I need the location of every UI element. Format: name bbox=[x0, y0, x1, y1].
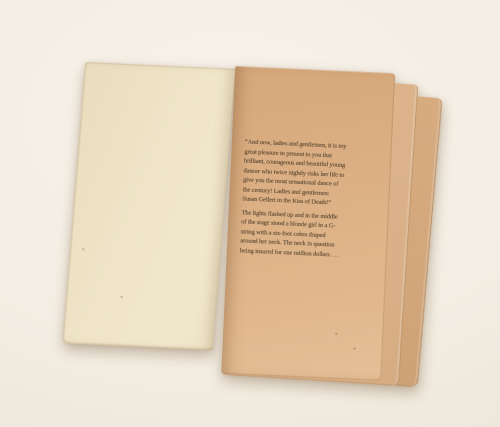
paper-speck bbox=[82, 248, 84, 250]
paragraph-quote: “And now, ladies and gentlemen, it is my… bbox=[242, 137, 375, 209]
right-page: “And now, ladies and gentlemen, it is my… bbox=[221, 66, 395, 381]
left-blank-page bbox=[63, 62, 235, 350]
printed-text-block: “And now, ladies and gentlemen, it is my… bbox=[240, 137, 375, 261]
foxing-spots bbox=[335, 333, 337, 335]
photo-background: “And now, ladies and gentlemen, it is my… bbox=[0, 0, 500, 427]
paper-speck bbox=[121, 296, 123, 298]
open-paperback-book: “And now, ladies and gentlemen, it is my… bbox=[71, 62, 440, 393]
paragraph-narration: The lights flashed up and in the middle … bbox=[240, 208, 372, 261]
